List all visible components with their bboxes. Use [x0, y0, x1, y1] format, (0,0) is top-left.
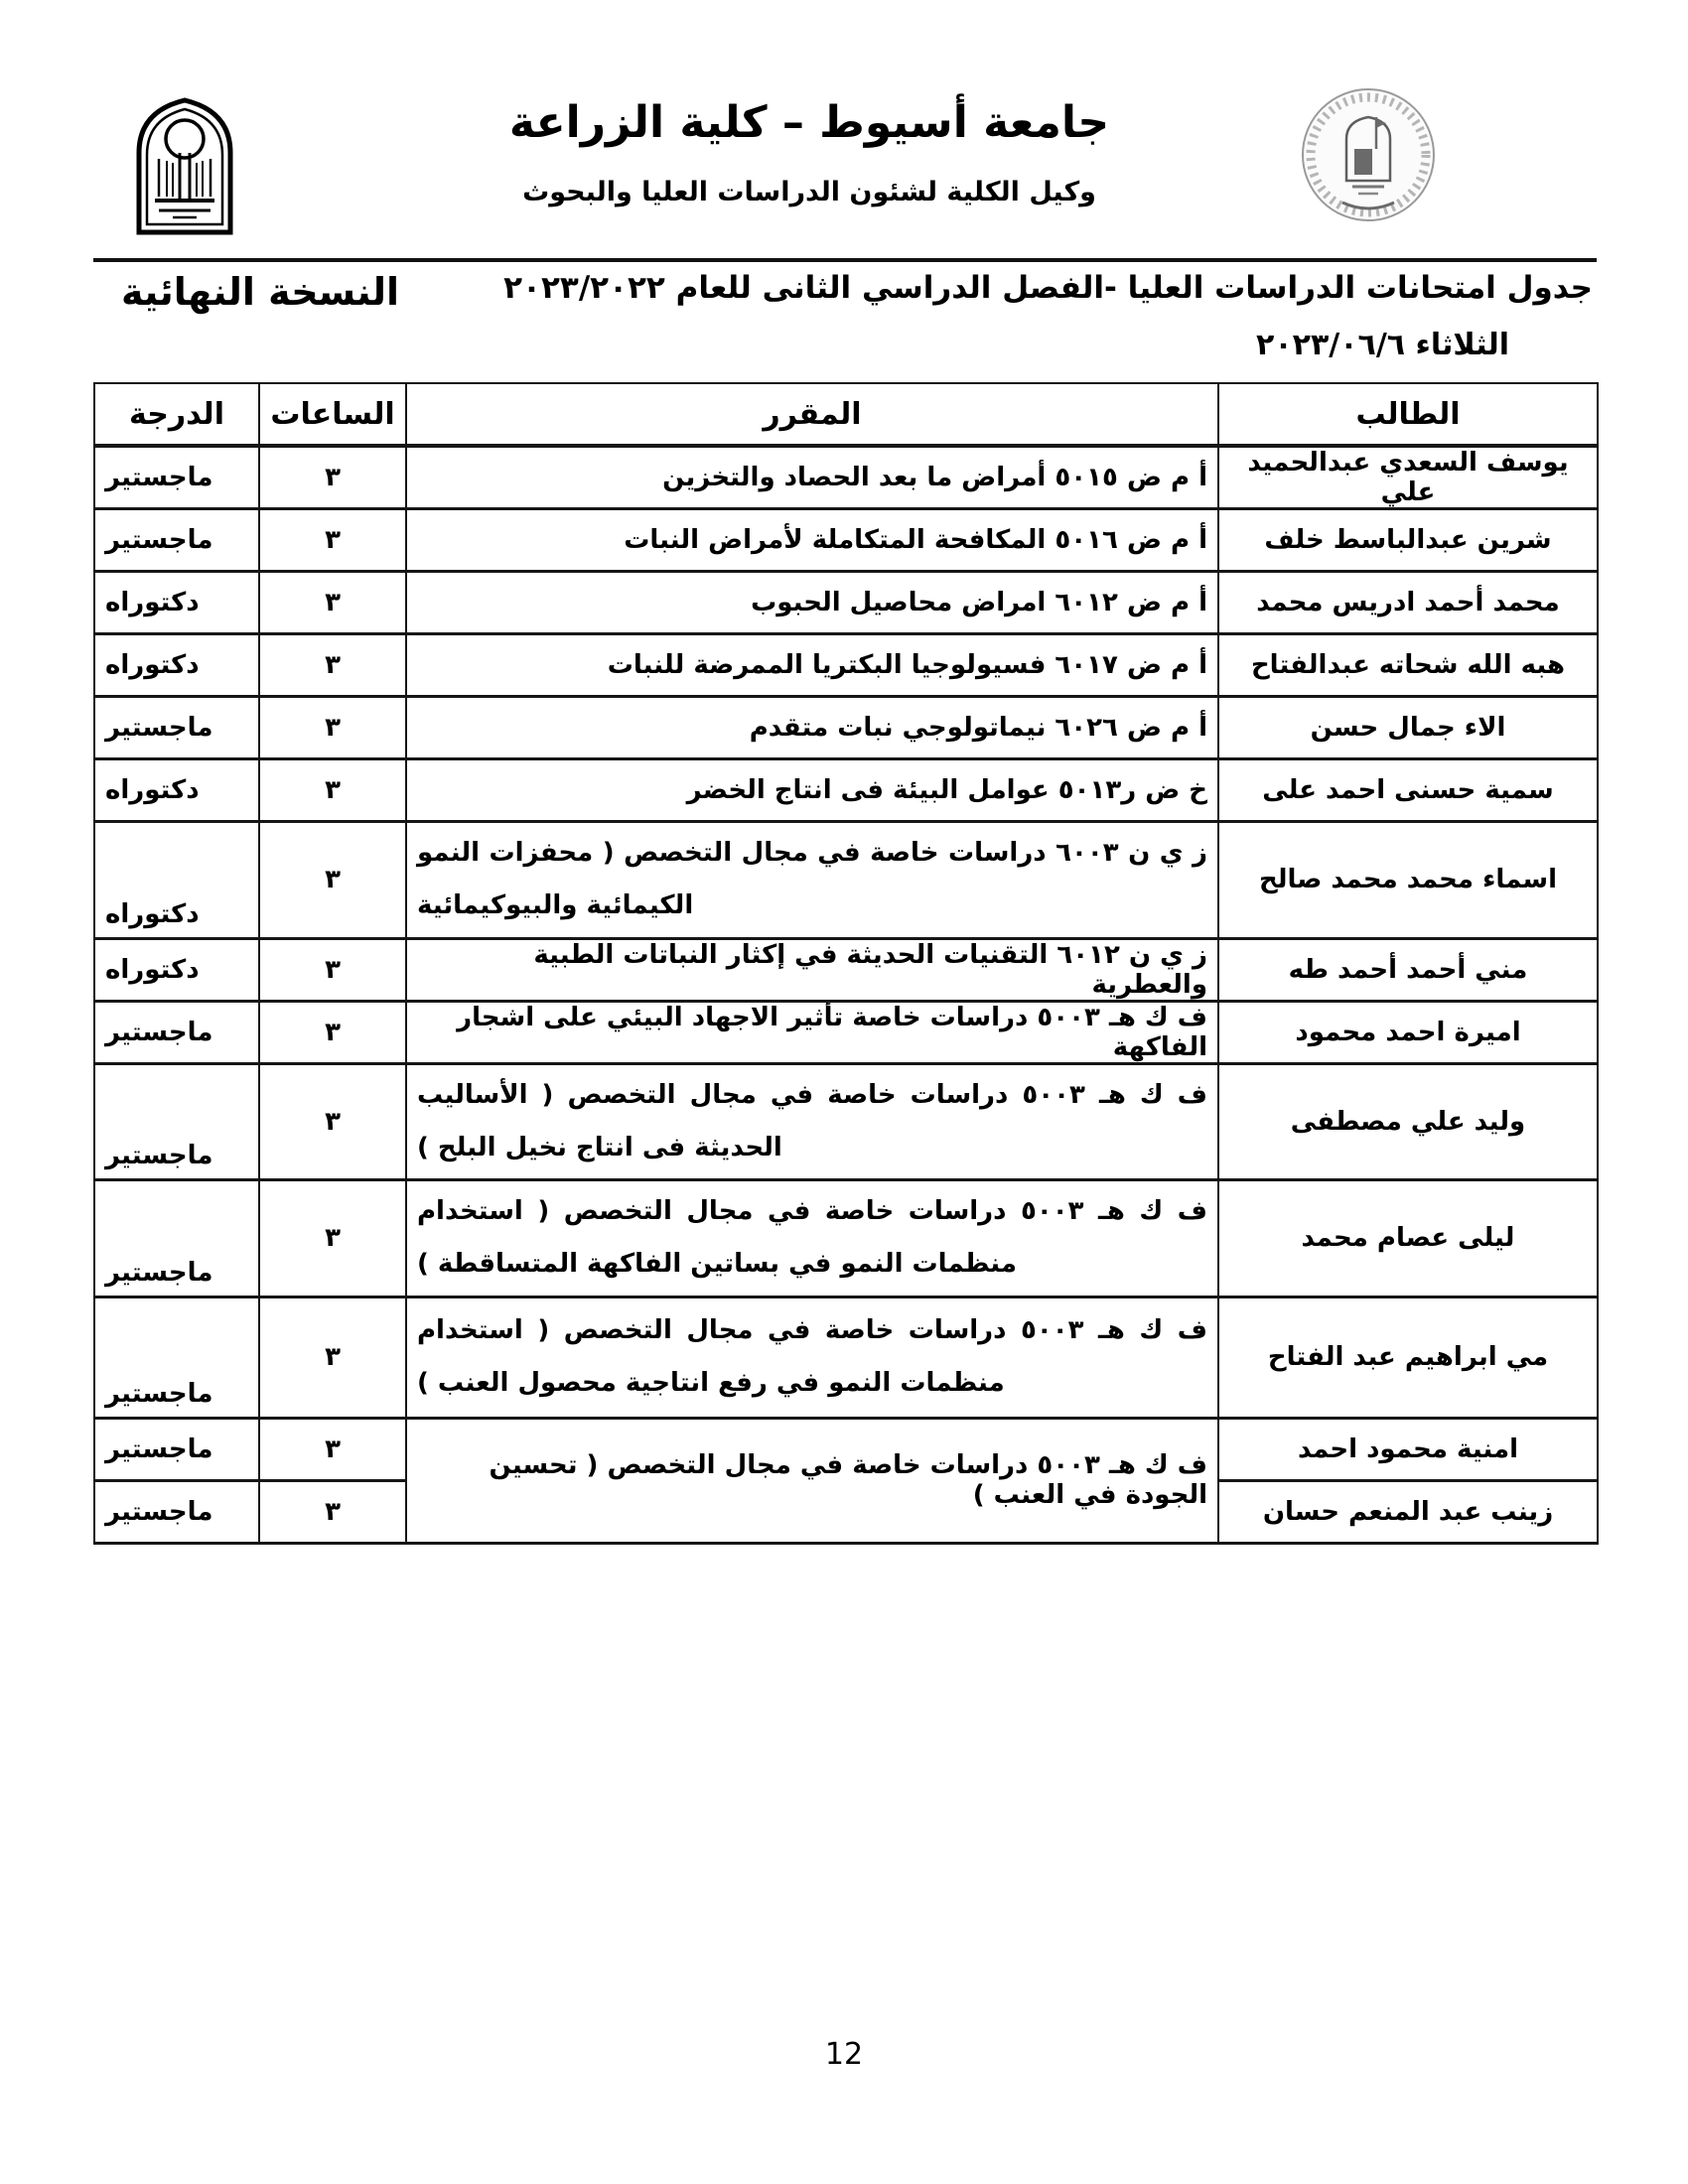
document-page: جامعة أسيوط – كلية الزراعة وكيل الكلية ل… [0, 0, 1688, 2184]
course-title: ف ك هـ ٥٠٠٣ دراسات خاصة في مجال التخصص (… [406, 1180, 1218, 1297]
course-title: أ م ض ٦٠٢٦ نيماتولوجي نبات متقدم [406, 697, 1218, 759]
student-name: مي ابراهيم عبد الفتاح [1218, 1297, 1598, 1418]
student-name: زينب عبد المنعم حسان [1218, 1480, 1598, 1543]
credit-hours: ٣ [259, 1418, 406, 1480]
university-title: جامعة أسيوط – كلية الزراعة [397, 97, 1221, 148]
course-title-merged: ف ك هـ ٥٠٠٣ دراسات خاصة في مجال التخصص (… [406, 1418, 1218, 1543]
table-row: امنية محمود احمد ف ك هـ ٥٠٠٣ دراسات خاصة… [94, 1418, 1598, 1480]
student-name: ليلى عصام محمد [1218, 1180, 1598, 1297]
col-header-degree: الدرجة [94, 383, 259, 446]
col-header-hours: الساعات [259, 383, 406, 446]
student-name: يوسف السعدي عبدالحميد علي [1218, 446, 1598, 509]
degree-type: ماجستير [94, 1480, 259, 1543]
header-divider-rule [93, 258, 1597, 262]
assiut-university-logo-icon [129, 91, 240, 242]
vice-dean-office-subtitle: وكيل الكلية لشئون الدراسات العليا والبحو… [397, 177, 1221, 207]
credit-hours: ٣ [259, 938, 406, 1001]
credit-hours: ٣ [259, 697, 406, 759]
course-title: ز ي ن ٦٠٠٣ دراسات خاصة في مجال التخصص ( … [406, 822, 1218, 939]
course-title: ف ك هـ ٥٠٠٣ دراسات خاصة في مجال التخصص (… [406, 1297, 1218, 1418]
course-title: ف ك هـ ٥٠٠٣ دراسات خاصة في مجال التخصص (… [406, 1063, 1218, 1180]
student-name: الاء جمال حسن [1218, 697, 1598, 759]
course-title: أ م ض ٥٠١٦ المكافحة المتكاملة لأمراض الن… [406, 509, 1218, 572]
course-title: خ ض ر٥٠١٣ عوامل البيئة فى انتاج الخضر [406, 759, 1218, 822]
course-title: أ م ض ٥٠١٥ أمراض ما بعد الحصاد والتخزين [406, 446, 1218, 509]
degree-type: ماجستير [94, 509, 259, 572]
degree-type: ماجستير [94, 697, 259, 759]
degree-type: ماجستير [94, 1063, 259, 1180]
credit-hours: ٣ [259, 1480, 406, 1543]
student-name: مني أحمد أحمد طه [1218, 938, 1598, 1001]
exam-date: الثلاثاء ٢٠٢٣/٠٦/٦ [993, 328, 1509, 362]
table-row: اميرة احمد محمود ف ك هـ ٥٠٠٣ دراسات خاصة… [94, 1001, 1598, 1063]
degree-type: دكتوراه [94, 572, 259, 634]
credit-hours: ٣ [259, 1180, 406, 1297]
degree-type: ماجستير [94, 1418, 259, 1480]
degree-type: ماجستير [94, 1001, 259, 1063]
table-row: سمية حسنى احمد على خ ض ر٥٠١٣ عوامل البيئ… [94, 759, 1598, 822]
page-number: 12 [0, 2037, 1688, 2072]
course-title: ز ي ن ٦٠١٢ التقنيات الحديثة في إكثار الن… [406, 938, 1218, 1001]
degree-type: دكتوراه [94, 759, 259, 822]
exam-schedule-table: الطالب المقرر الساعات الدرجة يوسف السعدي… [93, 382, 1599, 1545]
credit-hours: ٣ [259, 1297, 406, 1418]
credit-hours: ٣ [259, 509, 406, 572]
student-name: محمد أحمد ادريس محمد [1218, 572, 1598, 634]
course-title: ف ك هـ ٥٠٠٣ دراسات خاصة تأثير الاجهاد ال… [406, 1001, 1218, 1063]
credit-hours: ٣ [259, 1063, 406, 1180]
table-row: محمد أحمد ادريس محمد أ م ض ٦٠١٢ امراض مح… [94, 572, 1598, 634]
table-row: اسماء محمد محمد صالح ز ي ن ٦٠٠٣ دراسات خ… [94, 822, 1598, 939]
table-row: الاء جمال حسن أ م ض ٦٠٢٦ نيماتولوجي نبات… [94, 697, 1598, 759]
course-title: أ م ض ٦٠١٢ امراض محاصيل الحبوب [406, 572, 1218, 634]
degree-type: ماجستير [94, 446, 259, 509]
table-row: مي ابراهيم عبد الفتاح ف ك هـ ٥٠٠٣ دراسات… [94, 1297, 1598, 1418]
final-version-label: النسخة النهائية [111, 270, 409, 314]
credit-hours: ٣ [259, 446, 406, 509]
schedule-title: جدول امتحانات الدراسات العليا -الفصل الد… [500, 270, 1593, 306]
credit-hours: ٣ [259, 1001, 406, 1063]
table-row: شرين عبدالباسط خلف أ م ض ٥٠١٦ المكافحة ا… [94, 509, 1598, 572]
table-row: هبه الله شحاته عبدالفتاح أ م ض ٦٠١٧ فسيو… [94, 634, 1598, 697]
credit-hours: ٣ [259, 572, 406, 634]
student-name: شرين عبدالباسط خلف [1218, 509, 1598, 572]
credit-hours: ٣ [259, 759, 406, 822]
degree-type: ماجستير [94, 1180, 259, 1297]
credit-hours: ٣ [259, 822, 406, 939]
table-row: ليلى عصام محمد ف ك هـ ٥٠٠٣ دراسات خاصة ف… [94, 1180, 1598, 1297]
table-row: يوسف السعدي عبدالحميد علي أ م ض ٥٠١٥ أمر… [94, 446, 1598, 509]
student-name: اسماء محمد محمد صالح [1218, 822, 1598, 939]
degree-type: دكتوراه [94, 634, 259, 697]
degree-type: دكتوراه [94, 938, 259, 1001]
table-row: مني أحمد أحمد طه ز ي ن ٦٠١٢ التقنيات الح… [94, 938, 1598, 1001]
credit-hours: ٣ [259, 634, 406, 697]
course-title: أ م ض ٦٠١٧ فسيولوجيا البكتريا الممرضة لل… [406, 634, 1218, 697]
student-name: امنية محمود احمد [1218, 1418, 1598, 1480]
student-name: سمية حسنى احمد على [1218, 759, 1598, 822]
col-header-course: المقرر [406, 383, 1218, 446]
col-header-student: الطالب [1218, 383, 1598, 446]
student-name: هبه الله شحاته عبدالفتاح [1218, 634, 1598, 697]
faculty-of-agriculture-seal-icon [1297, 83, 1440, 230]
student-name: اميرة احمد محمود [1218, 1001, 1598, 1063]
degree-type: دكتوراه [94, 822, 259, 939]
student-name: وليد علي مصطفى [1218, 1063, 1598, 1180]
table-header-row: الطالب المقرر الساعات الدرجة [94, 383, 1598, 446]
table-row: وليد علي مصطفى ف ك هـ ٥٠٠٣ دراسات خاصة ف… [94, 1063, 1598, 1180]
degree-type: ماجستير [94, 1297, 259, 1418]
